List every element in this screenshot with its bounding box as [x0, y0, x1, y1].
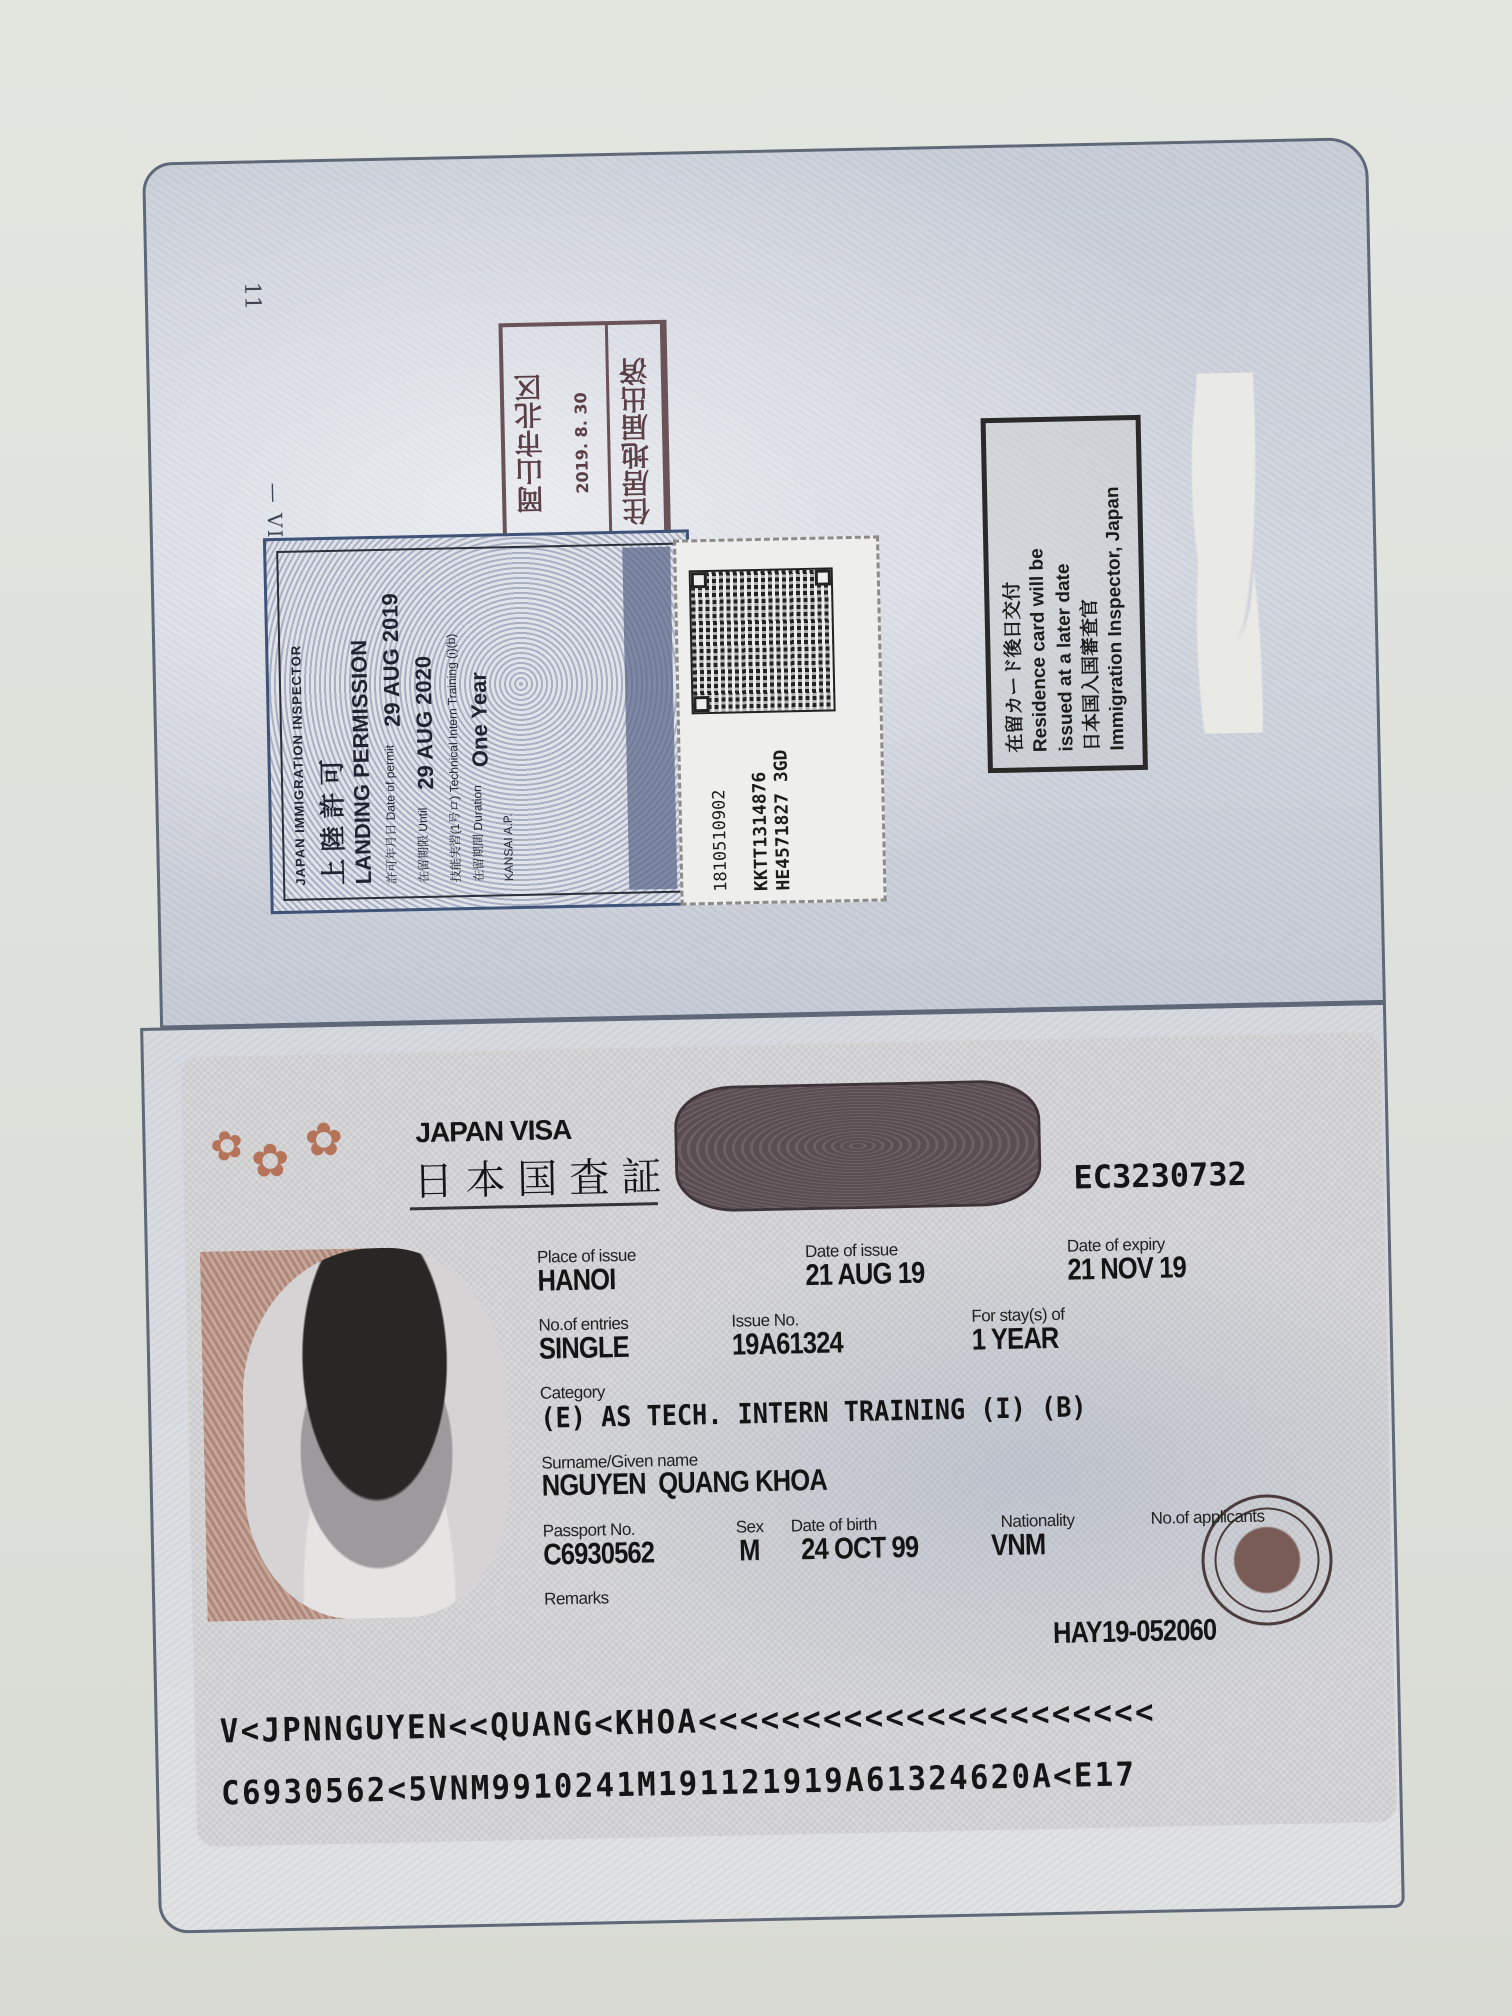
no-of-applicants-label: No.of applicants: [1150, 1507, 1264, 1529]
place-of-issue: HANOI: [537, 1263, 616, 1299]
visa-title-en: JAPAN VISA: [415, 1114, 572, 1149]
visa-number: EC3230732: [1073, 1155, 1247, 1197]
cloud-ornament-icon: [1185, 372, 1273, 734]
date-of-permit-label: 許可年月日 Date of permit: [380, 745, 409, 884]
nationality: VNM: [991, 1528, 1046, 1563]
no-of-entries: SINGLE: [539, 1331, 630, 1367]
issue-no: 19A61324: [732, 1326, 844, 1362]
cherry-blossom-icon: ✿: [304, 1116, 344, 1163]
for-stay: 1 YEAR: [972, 1322, 1059, 1358]
residence-stamp-line4: 日本国入国審査官: [1077, 436, 1104, 750]
date-of-birth: 24 OCT 99: [801, 1531, 919, 1567]
until-date: 29 AUG 2020: [410, 656, 439, 790]
duration: One Year: [466, 672, 494, 768]
port-of-entry: KANSAI A.P.: [495, 561, 516, 881]
address-stamp-date: 2019. 8. 30: [554, 325, 613, 561]
residence-stamp-line2: Residence card will be: [1025, 437, 1052, 751]
sticker-code-2: HE4571827 3GD: [770, 749, 794, 890]
date-of-issue: 21 AUG 19: [805, 1257, 925, 1293]
residence-card-stamp: 在留カード後日交付 Residence card will be issued …: [981, 415, 1148, 773]
japan-visa-sticker: ✿ ✿ ✿ JAPAN VISA 日本国査証 EC3230732 Place o…: [181, 1032, 1397, 1847]
residence-stamp-line1: 在留カード後日交付: [1000, 438, 1027, 752]
residence-stamp-line5: Immigration Inspector, Japan: [1102, 436, 1129, 750]
qr-code-icon: [691, 569, 834, 712]
guilloche-emblem: [673, 1079, 1042, 1213]
remarks-label: Remarks: [544, 1588, 609, 1609]
holder-photo: [240, 1245, 513, 1620]
holder-name: NGUYEN QUANG KHOA: [541, 1464, 827, 1504]
address-stamp-line1: 住居地届出済: [608, 324, 667, 560]
passport-photocopy: 11 — VISAS 住居地届出済 2019. 8. 30 岡山市北区 JAPA…: [111, 97, 1409, 1933]
qr-code-sticker: 1810510902 KKTT1314876 HE4571827 3GD: [673, 535, 887, 905]
residence-stamp-line3: issued at a later date: [1051, 437, 1078, 751]
cherry-blossom-icon: ✿: [250, 1137, 290, 1184]
reference-number: HAY19-052060: [1053, 1614, 1217, 1651]
until-label: 在留期限 Until: [414, 807, 442, 883]
landing-permission-sticker: JAPAN IMMIGRATION INSPECTOR 上 陸 許 可 LAND…: [263, 529, 697, 914]
sticker-code-1: KKTT1314876: [749, 772, 772, 892]
mrz-line-1: V<JPNNGUYEN<<QUANG<KHOA<<<<<<<<<<<<<<<<<…: [219, 1692, 1156, 1751]
landing-header: JAPAN IMMIGRATION INSPECTOR: [286, 566, 308, 886]
landing-title-en: LANDING PERMISSION: [344, 564, 377, 884]
sticker-number: 1810510902: [709, 789, 731, 892]
passport-no: C6930562: [543, 1536, 655, 1572]
passport-page-visas: 11 — VISAS 住居地届出済 2019. 8. 30 岡山市北区 JAPA…: [142, 137, 1386, 1028]
visa-title-ja: 日本国査証: [413, 1145, 674, 1207]
sex: M: [739, 1534, 760, 1568]
status: 技能実習(1号ロ) Technical Intern Training (i)(…: [440, 562, 464, 882]
address-stamp-line2: 岡山市北区: [503, 326, 559, 562]
date-of-expiry: 21 NOV 19: [1067, 1251, 1186, 1287]
mrz-line-2: C6930562<5VNM9910241M191121919A61324620A…: [221, 1754, 1137, 1812]
duration-label: 在留期間 Duration: [468, 785, 496, 882]
page-number: 11: [239, 282, 265, 311]
cherry-blossom-icon: ✿: [206, 1122, 249, 1170]
category: (E) AS TECH. INTERN TRAINING (I) (B): [540, 1390, 1087, 1434]
date-of-permit: 29 AUG 2019: [377, 593, 406, 727]
